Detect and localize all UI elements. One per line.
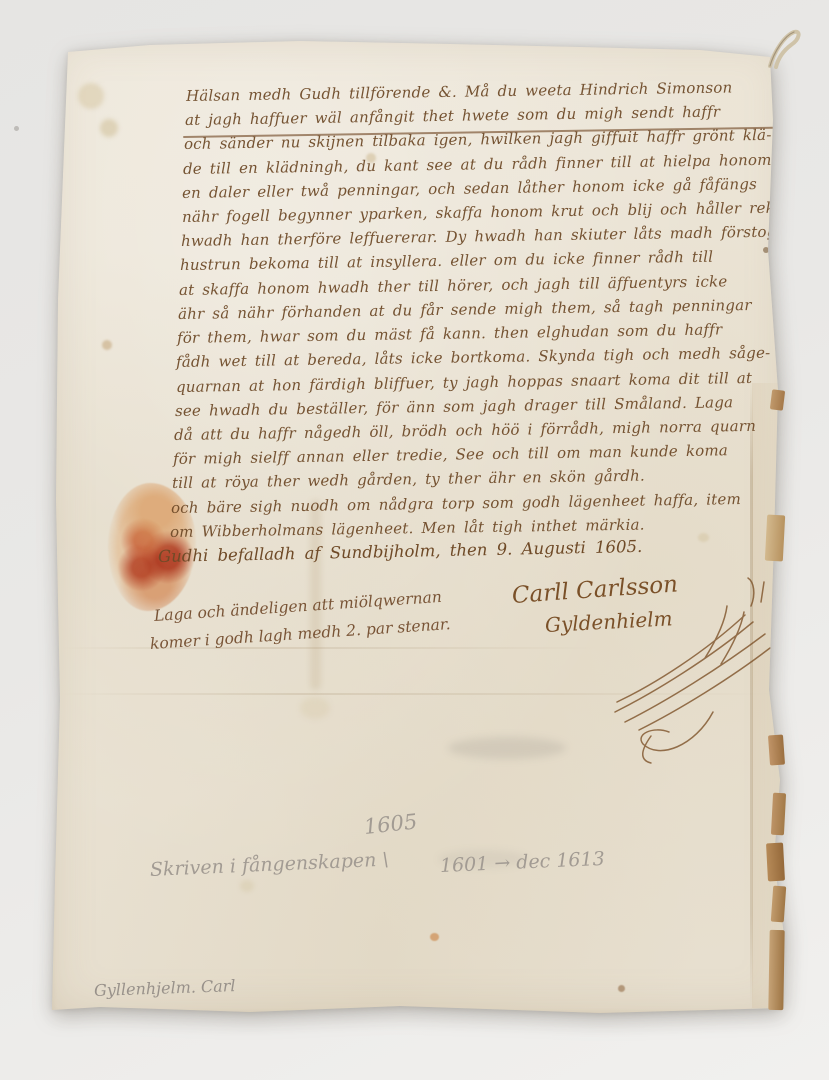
- foxing-spot: [100, 119, 118, 137]
- letter-body-line: de till en klädningh, du kant see at du …: [183, 151, 772, 178]
- torn-edge-chip: [771, 793, 786, 836]
- paper-thread-fiber: [752, 20, 812, 80]
- photo-background: Hälsan medh Gudh tillförende &. Må du we…: [0, 0, 829, 1080]
- torn-edge-chip: [765, 515, 785, 562]
- letter-body-line: nähr fogell begynner yparken, skaffa hon…: [182, 198, 829, 226]
- manuscript-shadow-wrap: Hälsan medh Gudh tillförende &. Må du we…: [0, 0, 829, 1080]
- signature-flourish: [555, 560, 785, 775]
- torn-edge-chip: [771, 886, 786, 923]
- ink-speck: [618, 985, 625, 992]
- letter-body-line: ähr så nähr förhanden at du får sende mi…: [178, 296, 752, 323]
- ink-speck: [763, 247, 769, 253]
- letter-body-line: hwadh han therföre leffuererar. Dy hwadh…: [181, 223, 777, 250]
- letter-body-line: till at röya ther wedh gården, ty ther ä…: [172, 467, 645, 492]
- letter-body-line: hustrun bekoma till at insyllera. eller …: [180, 248, 713, 274]
- letter-body-line: då att du haffr någedh öll, brödh och hö…: [174, 417, 756, 444]
- torn-edge-chip: [768, 735, 785, 766]
- letter-body-line: quarnan at hon färdigh bliffuer, ty jagh…: [176, 369, 752, 396]
- graphite-smudge: [448, 737, 566, 759]
- foxing-spot: [78, 83, 104, 109]
- pencil-year-annotation: 1605: [363, 809, 419, 838]
- letter-body-line: för migh sielff annan eller tredie, See …: [173, 441, 728, 468]
- torn-edge-chip: [766, 843, 785, 882]
- foxing-spot: [698, 533, 709, 542]
- letter-body-line: om Wibberholmans lägenheet. Men låt tigh…: [170, 516, 645, 541]
- letter-body-line: en daler eller twå penningar, och sedan …: [182, 175, 757, 202]
- letter-body-line: at jagh haffuer wäl anfångit thet hwete …: [185, 103, 720, 129]
- torn-edge-chip: [770, 389, 785, 410]
- letter-body-line: at skaffa honom hwadh ther till hörer, o…: [179, 272, 728, 299]
- pencil-name-annotation: Gyllenhjelm. Carl: [94, 976, 236, 1000]
- foxing-spot: [300, 697, 330, 719]
- manuscript-page: Hälsan medh Gudh tillförende &. Må du we…: [50, 35, 790, 1015]
- wax-speck: [430, 933, 439, 941]
- background-speck: [14, 126, 19, 131]
- letter-body-line: och sänder nu skijnen tilbaka igen, hwil…: [184, 126, 772, 153]
- pencil-note-annotation: Skriven i fångenskapen \: [150, 849, 390, 881]
- letter-body-line: för them, hwar som du mäst få kann. then…: [177, 320, 723, 347]
- letter-body-line: och bäre sigh nuodh om nådgra torp som g…: [171, 490, 741, 517]
- foxing-spot: [102, 340, 112, 350]
- torn-edge-chip: [768, 930, 784, 1010]
- letter-body-line: fådh wet till at bereda, låts icke bortk…: [176, 344, 771, 371]
- letter-body-line: Hälsan medh Gudh tillförende &. Må du we…: [186, 78, 733, 105]
- foxing-spot: [240, 880, 254, 892]
- letter-body-line: see hwadh du beställer, för änn som jagh…: [175, 393, 733, 420]
- fold-crease-horizontal-upper: [60, 647, 600, 649]
